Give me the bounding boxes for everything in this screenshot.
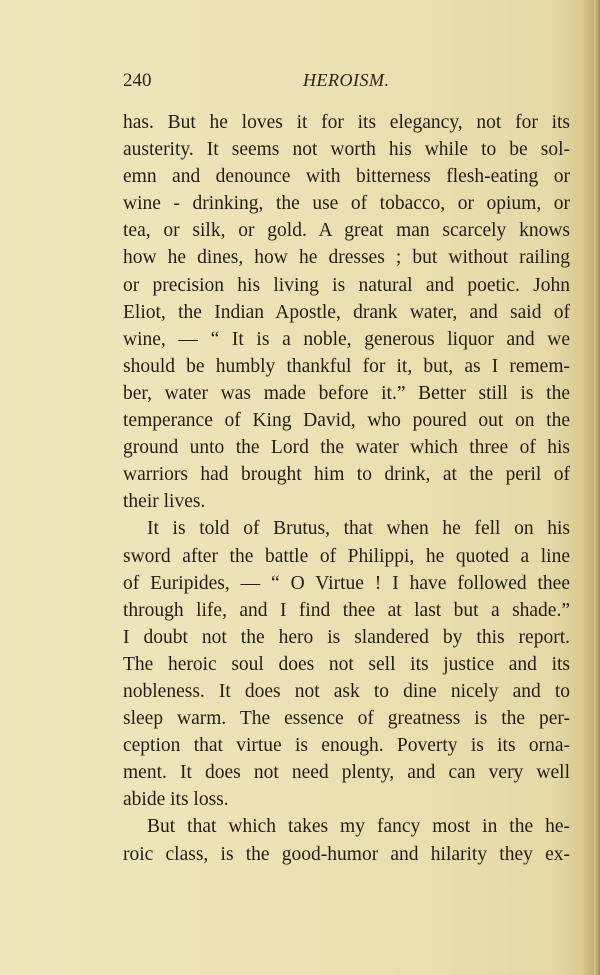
text-line: tea, or silk, or gold. A great man scarc… <box>123 217 570 244</box>
text-line: ception that virtue is enough. Poverty i… <box>123 732 570 759</box>
text-line-paragraph-start: It is told of Brutus, that when he fell … <box>123 515 570 542</box>
body-text: has. But he loves it for its elegancy, n… <box>123 109 570 868</box>
text-line: I doubt not the hero is slandered by thi… <box>123 624 570 651</box>
text-line: ber, water was made before it.” Better s… <box>123 380 570 407</box>
text-line: The heroic soul does not sell its justic… <box>123 651 570 678</box>
book-page: 240 HEROISM. has. But he loves it for it… <box>0 0 600 975</box>
text-line: austerity. It seems not worth his while … <box>123 136 570 163</box>
text-line: wine - drinking, the use of tobacco, or … <box>123 190 570 217</box>
text-line: of Euripides, — “ O Virtue ! I have foll… <box>123 570 570 597</box>
page-edge-shadow <box>594 0 600 975</box>
page-header: 240 HEROISM. <box>123 70 570 96</box>
text-line: sleep warm. The essence of greatness is … <box>123 705 570 732</box>
text-line-paragraph-end: abide its loss. <box>123 786 570 813</box>
text-line-paragraph-start: But that which takes my fancy most in th… <box>123 813 570 840</box>
text-line: warriors had brought him to drink, at th… <box>123 461 570 488</box>
running-title: HEROISM. <box>303 70 389 91</box>
text-line: how he dines, how he dresses ; but witho… <box>123 244 570 271</box>
text-line-paragraph-end: their lives. <box>123 488 570 515</box>
text-line: ment. It does not need plenty, and can v… <box>123 759 570 786</box>
text-line: ground unto the Lord the water which thr… <box>123 434 570 461</box>
text-line: sword after the battle of Philippi, he q… <box>123 543 570 570</box>
text-line: should be humbly thankful for it, but, a… <box>123 353 570 380</box>
text-line: wine, — “ It is a noble, generous liquor… <box>123 326 570 353</box>
text-line: nobleness. It does not ask to dine nicel… <box>123 678 570 705</box>
page-number: 240 <box>123 70 152 92</box>
text-line: Eliot, the Indian Apostle, drank water, … <box>123 299 570 326</box>
text-line: temperance of King David, who poured out… <box>123 407 570 434</box>
text-line: has. But he loves it for its elegancy, n… <box>123 109 570 136</box>
text-line: emn and denounce with bitterness flesh-e… <box>123 163 570 190</box>
text-line: through life, and I find thee at last bu… <box>123 597 570 624</box>
text-line: roic class, is the good-humor and hilari… <box>123 841 570 868</box>
text-line: or precision his living is natural and p… <box>123 272 570 299</box>
